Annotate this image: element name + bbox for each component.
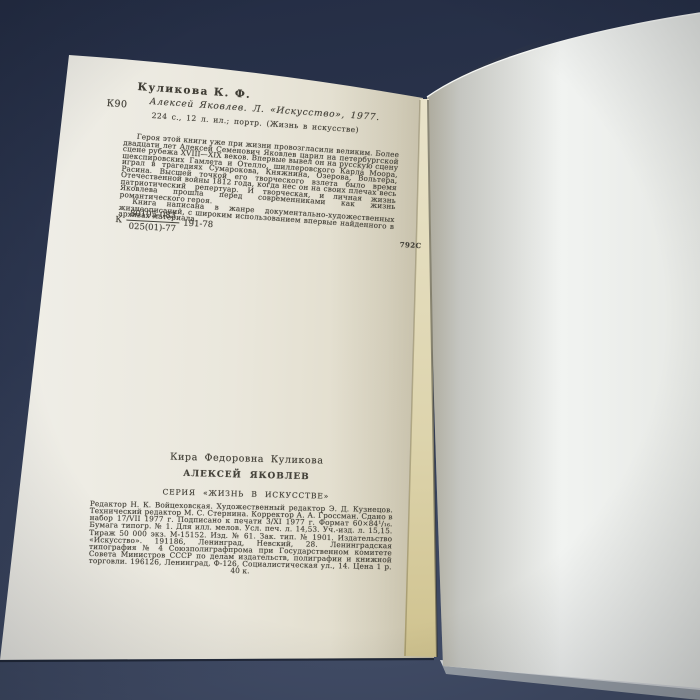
corner-code: 792С <box>400 240 422 250</box>
catalog-fraction: 80105-083025(01)-77 <box>125 209 180 235</box>
colophon-block: Редактор Н. К. Войцеховская. Художествен… <box>89 500 393 578</box>
vignette <box>0 0 700 700</box>
book-photo: Куликова К. Ф. К90 Алексей Яковлев. Л. «… <box>0 0 700 700</box>
catalog-suffix: 191-78 <box>183 219 213 231</box>
catalog-prefix: К <box>115 215 122 225</box>
book-scene <box>0 0 700 700</box>
book-title: АЛЕКСЕЙ ЯКОВЛЕВ <box>110 467 382 484</box>
title-block: Кира Федоровна Куликова АЛЕКСЕЙ ЯКОВЛЕВ … <box>110 450 383 502</box>
catalog-index-code: К90 <box>106 98 128 110</box>
